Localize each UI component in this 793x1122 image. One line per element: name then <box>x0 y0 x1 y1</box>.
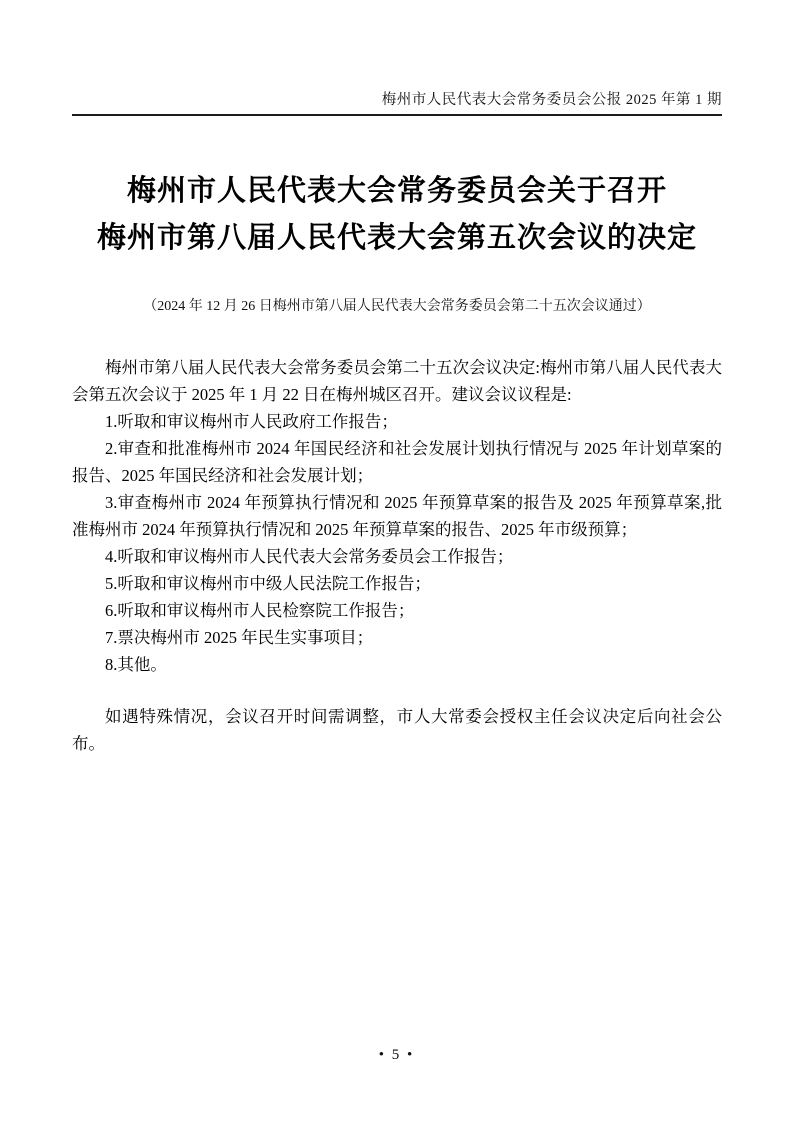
document-title-line-1: 梅州市人民代表大会常务委员会关于召开 <box>72 168 722 215</box>
agenda-item-3: 3.审查梅州市 2024 年预算执行情况和 2025 年预算草案的报告及 202… <box>72 489 722 543</box>
document-title: 梅州市人民代表大会常务委员会关于召开 梅州市第八届人民代表大会第五次会议的决定 <box>72 168 722 262</box>
closing-paragraph: 如遇特殊情况，会议召开时间需调整，市人大常委会授权主任会议决定后向社会公布。 <box>72 703 722 757</box>
agenda-item-4: 4.听取和审议梅州市人民代表大会常务委员会工作报告； <box>72 543 722 570</box>
agenda-item-2: 2.审查和批准梅州市 2024 年国民经济和社会发展计划执行情况与 2025 年… <box>72 435 722 489</box>
header-rule <box>72 114 722 116</box>
agenda-item-5: 5.听取和审议梅州市中级人民法院工作报告； <box>72 570 722 597</box>
agenda-item-1: 1.听取和审议梅州市人民政府工作报告； <box>72 408 722 435</box>
masthead-text: 梅州市人民代表大会常务委员会公报 2025 年第 1 期 <box>382 92 722 108</box>
adoption-note: （2024 年 12 月 26 日梅州市第八届人民代表大会常务委员会第二十五次会… <box>72 298 722 316</box>
document-title-line-2: 梅州市第八届人民代表大会第五次会议的决定 <box>72 215 722 262</box>
opening-paragraph: 梅州市第八届人民代表大会常务委员会第二十五次会议决定:梅州市第八届人民代表大会第… <box>72 354 722 408</box>
page-number: • 5 • <box>0 1047 793 1064</box>
agenda-item-8: 8.其他。 <box>72 651 722 678</box>
page-header: 梅州市人民代表大会常务委员会公报 2025 年第 1 期 <box>72 0 722 110</box>
document-body: 梅州市第八届人民代表大会常务委员会第二十五次会议决定:梅州市第八届人民代表大会第… <box>72 354 722 757</box>
agenda-item-6: 6.听取和审议梅州市人民检察院工作报告； <box>72 597 722 624</box>
bulletin-page: 梅州市人民代表大会常务委员会公报 2025 年第 1 期 梅州市人民代表大会常务… <box>0 0 793 1122</box>
agenda-item-7: 7.票决梅州市 2025 年民生实事项目； <box>72 624 722 651</box>
